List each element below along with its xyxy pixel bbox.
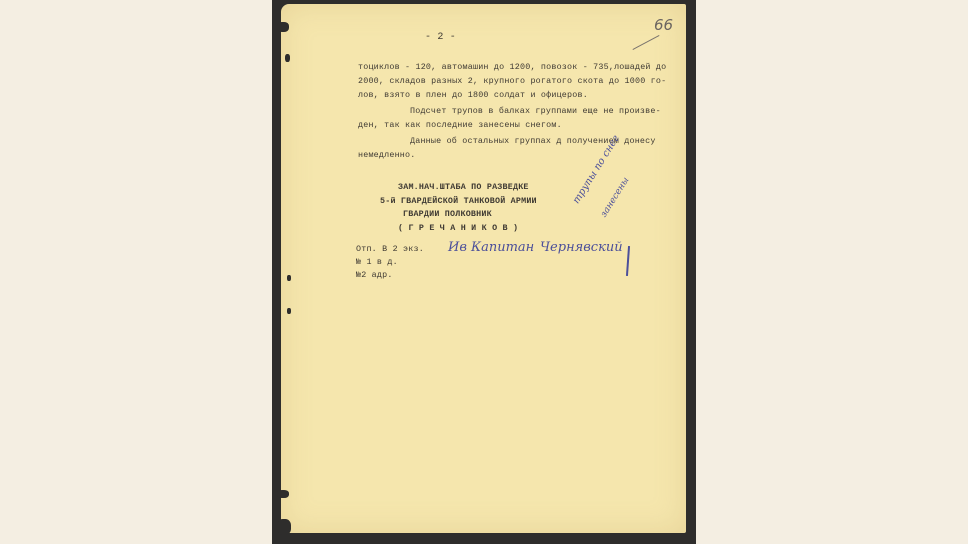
body-line: лов, взято в плен до 1800 солдат и офице… [358,90,588,100]
punch-hole [287,275,291,281]
body-line: Подсчет трупов в балках группами еще не … [410,106,661,116]
signature-title-line: ГВАРДИИ ПОЛКОВНИК [403,209,492,219]
signature-title-line: 5-й ГВАРДЕЙСКОЙ ТАНКОВОЙ АРМИИ [380,196,537,206]
punch-hole [287,308,291,314]
distribution-line: №2 адр. [356,270,393,280]
punch-hole [285,54,290,62]
page-number: - 2 - [425,32,456,43]
handwritten-margin-note: занесены [599,176,631,220]
archive-sheet-number: 66 [654,16,673,34]
pencil-mark [633,35,660,50]
signature-title-line: ЗАМ.НАЧ.ШТАБА ПО РАЗВЕДКЕ [398,182,529,192]
punch-hole [277,490,289,498]
handwritten-signature: Чернявский [540,240,623,255]
signature-name: ( Г Р Е Ч А Н И К О В ) [398,223,518,233]
distribution-line: Отп. В 2 экз. [356,244,424,254]
distribution-line: № 1 в д. [356,257,398,267]
signature-stroke [626,246,630,276]
punch-hole [277,22,289,32]
body-line: тоциклов - 120, автомашин до 1200, повоз… [358,62,666,72]
body-line: немедленно. [358,150,415,160]
punch-hole [277,519,291,535]
body-line: ден, так как последние занесены снегом. [358,120,562,130]
body-line: 2000, складов разных 2, крупного рогатог… [358,76,666,86]
handwritten-rank: Ив Капитан [448,240,534,255]
document-page: - 2 - 66 тоциклов - 120, автомашин до 12… [281,4,686,533]
